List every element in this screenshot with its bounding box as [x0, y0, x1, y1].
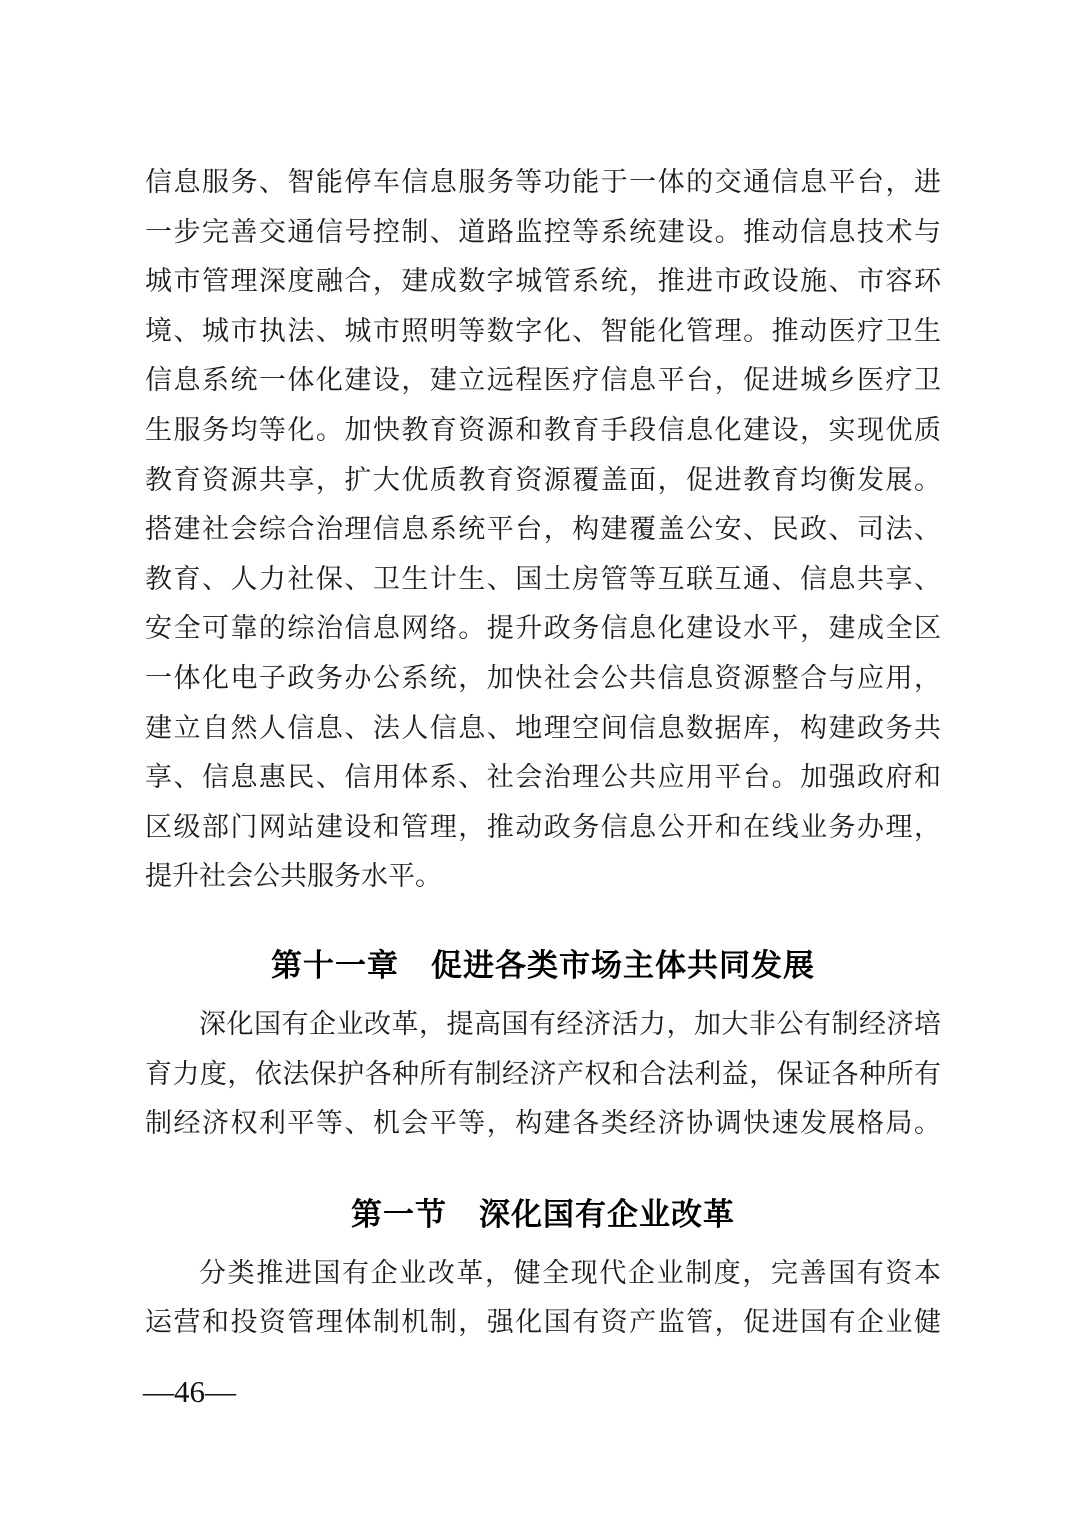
- text-line: 教育、人力社保、卫生计生、国土房管等互联互通、信息共享、: [145, 555, 941, 605]
- text-line: 建立自然人信息、法人信息、地理空间信息数据库，构建政务共: [145, 704, 941, 754]
- page-number: —46—: [143, 1372, 236, 1412]
- text-line: 育力度，依法保护各种所有制经济产权和合法利益，保证各种所有: [145, 1050, 941, 1100]
- text-line: 城市管理深度融合，建成数字城管系统，推进市政设施、市容环: [145, 257, 941, 307]
- text-line: 教育资源共享，扩大优质教育资源覆盖面，促进教育均衡发展。: [145, 456, 941, 506]
- text-line: 区级部门网站建设和管理，推动政务信息公开和在线业务办理，: [145, 803, 941, 853]
- section-heading: 第一节 深化国有企业改革: [145, 1195, 941, 1235]
- paragraph-continuation: 信息服务、智能停车信息服务等功能于一体的交通信息平台，进一步完善交通信号控制、道…: [145, 158, 941, 902]
- text-line: 运营和投资管理体制机制，强化国有资产监管，促进国有企业健: [145, 1298, 941, 1348]
- text-line: 信息服务、智能停车信息服务等功能于一体的交通信息平台，进: [145, 158, 941, 208]
- text-line: 境、城市执法、城市照明等数字化、智能化管理。推动医疗卫生: [145, 307, 941, 357]
- page-content: 信息服务、智能停车信息服务等功能于一体的交通信息平台，进一步完善交通信号控制、道…: [145, 158, 941, 1348]
- text-line: 制经济权利平等、机会平等，构建各类经济协调快速发展格局。: [145, 1099, 941, 1149]
- text-line: 一体化电子政务办公系统，加快社会公共信息资源整合与应用，: [145, 654, 941, 704]
- section-first-paragraph: 分类推进国有企业改革，健全现代企业制度，完善国有资本运营和投资管理体制机制，强化…: [145, 1249, 941, 1348]
- chapter-intro-paragraph: 深化国有企业改革，提高国有经济活力，加大非公有制经济培育力度，依法保护各种所有制…: [145, 1000, 941, 1149]
- text-line: 安全可靠的综治信息网络。提升政务信息化建设水平，建成全区: [145, 604, 941, 654]
- text-line: 搭建社会综合治理信息系统平台，构建覆盖公安、民政、司法、: [145, 505, 941, 555]
- text-line: 一步完善交通信号控制、道路监控等系统建设。推动信息技术与: [145, 208, 941, 258]
- chapter-heading: 第十一章 促进各类市场主体共同发展: [145, 946, 941, 986]
- text-line: 生服务均等化。加快教育资源和教育手段信息化建设，实现优质: [145, 406, 941, 456]
- text-line: 提升社会公共服务水平。: [145, 852, 941, 902]
- text-line: 信息系统一体化建设，建立远程医疗信息平台，促进城乡医疗卫: [145, 356, 941, 406]
- document-page: 信息服务、智能停车信息服务等功能于一体的交通信息平台，进一步完善交通信号控制、道…: [0, 0, 1074, 1520]
- text-line: 深化国有企业改革，提高国有经济活力，加大非公有制经济培: [145, 1000, 941, 1050]
- text-line: 分类推进国有企业改革，健全现代企业制度，完善国有资本: [145, 1249, 941, 1299]
- text-line: 享、信息惠民、信用体系、社会治理公共应用平台。加强政府和: [145, 753, 941, 803]
